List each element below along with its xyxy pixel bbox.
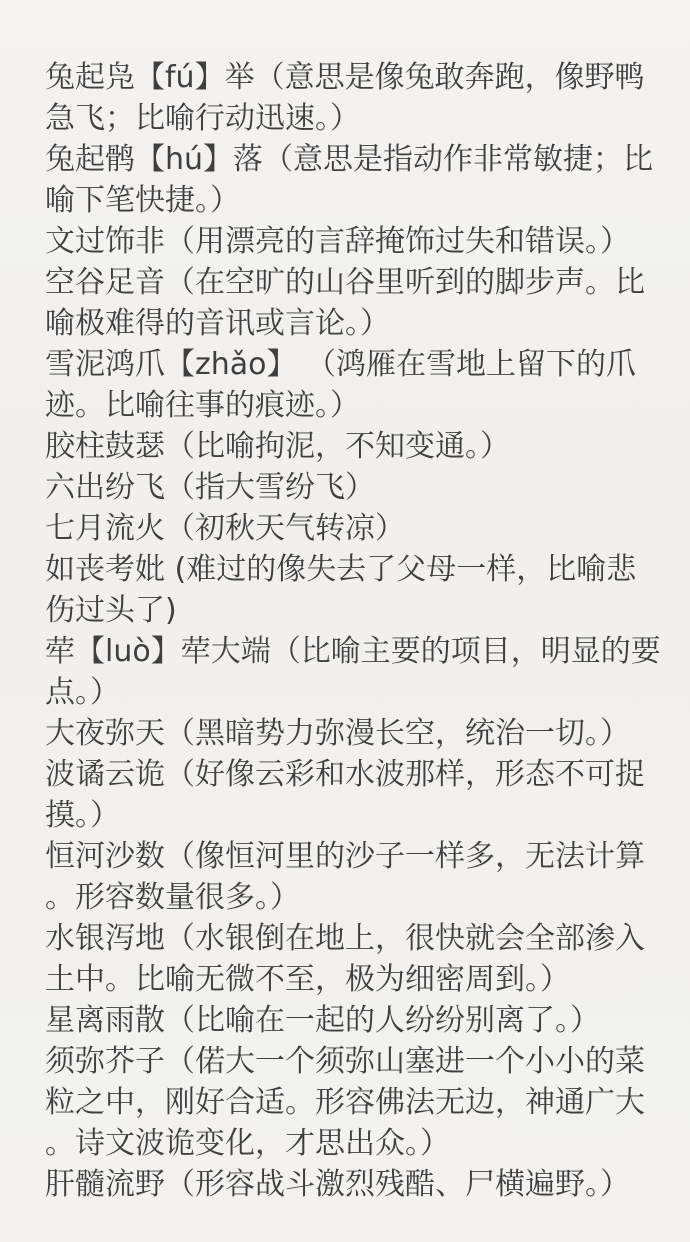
idiom-entry: 水银泻地（水银倒在地上，很快就会全部渗入土中。比喻无微不至，极为细密周到。） xyxy=(45,918,665,1000)
idiom-entry: 星离雨散（比喻在一起的人纷纷别离了。） xyxy=(45,1000,665,1041)
idiom-entry: 六出纷飞（指大雪纷飞） xyxy=(45,467,665,508)
idiom-entry: 兔起凫【fú】举（意思是像兔敢奔跑，像野鸭急飞；比喻行动迅速。） xyxy=(45,57,665,139)
idiom-entry: 兔起鹘【hú】落（意思是指动作非常敏捷；比喻下笔快捷。） xyxy=(45,139,665,221)
idiom-entry: 七月流火（初秋天气转凉） xyxy=(45,508,665,549)
idiom-entry: 胶柱鼓瑟（比喻拘泥，不知变通。） xyxy=(45,426,665,467)
idiom-entry: 荦【luò】荦大端（比喻主要的项目，明显的要点。） xyxy=(45,631,665,713)
idiom-entry: 须弥芥子（偌大一个须弥山塞进一个小小的菜粒之中，刚好合适。形容佛法无边，神通广大… xyxy=(45,1041,665,1164)
idiom-entry: 文过饰非（用漂亮的言辞掩饰过失和错误。） xyxy=(45,221,665,262)
idiom-entry: 肝髓流野（形容战斗激烈残酷、尸横遍野。） xyxy=(45,1164,665,1205)
idiom-entry: 空谷足音（在空旷的山谷里听到的脚步声。比喻极难得的音讯或言论。） xyxy=(45,262,665,344)
idiom-notes-page: 兔起凫【fú】举（意思是像兔敢奔跑，像野鸭急飞；比喻行动迅速。） 兔起鹘【hú】… xyxy=(0,0,690,1242)
idiom-entry: 波谲云诡（好像云彩和水波那样，形态不可捉摸。） xyxy=(45,754,665,836)
idiom-entry: 如丧考妣 (难过的像失去了父母一样，比喻悲伤过头了) xyxy=(45,549,665,631)
idiom-entry: 雪泥鸿爪【zhǎo】 （鸿雁在雪地上留下的爪迹。比喻往事的痕迹。） xyxy=(45,344,665,426)
idiom-entry: 恒河沙数（像恒河里的沙子一样多，无法计算。形容数量很多。） xyxy=(45,836,665,918)
idiom-list: 兔起凫【fú】举（意思是像兔敢奔跑，像野鸭急飞；比喻行动迅速。） 兔起鹘【hú】… xyxy=(45,57,665,1205)
idiom-entry: 大夜弥天（黑暗势力弥漫长空，统治一切。） xyxy=(45,713,665,754)
